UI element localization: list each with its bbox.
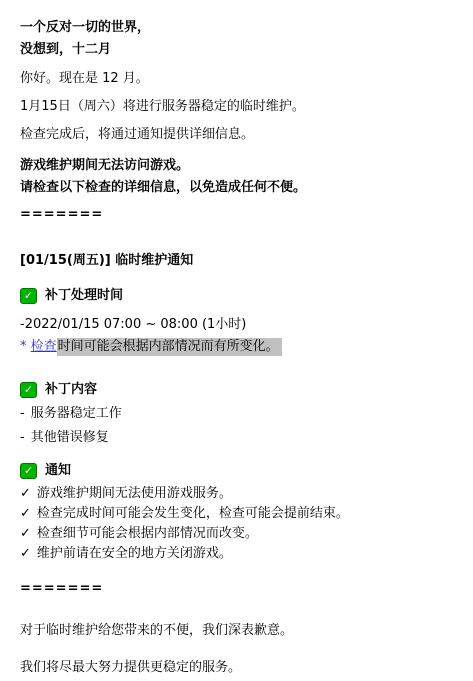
patch-time-value: -2022/01/15 07:00 ~ 08:00 (1小时) <box>20 318 459 332</box>
list-item-text: 其他错误修复 <box>31 430 109 445</box>
greeting-text: 你好。现在是 12 月。 <box>20 72 459 86</box>
checkmark-bullet: ✓ <box>20 487 31 501</box>
patch-time-note: * 检查 时间可能会根据内部情况而有所变化。 <box>20 338 459 355</box>
list-item-text: 检查细节可能会根据内部情况而改变。 <box>37 526 258 541</box>
check-link[interactable]: 检查 <box>31 340 57 354</box>
section-notice-header: ✓ 通知 <box>20 462 459 479</box>
list-item: ✓检查完成时间可能会发生变化，检查可能会提前结束。 <box>20 507 459 521</box>
section-patch-content-header: ✓ 补丁内容 <box>20 381 459 398</box>
divider-bottom: ======= <box>20 582 459 596</box>
promise-text: 我们将尽最大努力提供更稳定的服务。 <box>20 661 459 675</box>
list-item: -服务器稳定工作 <box>20 407 459 421</box>
followup-text: 检查完成后，将通过通知提供详细信息。 <box>20 128 459 142</box>
notice-title-line1: 一个反对一切的世界， <box>20 20 459 35</box>
checkmark-bullet: ✓ <box>20 527 31 541</box>
dash-bullet: - <box>20 431 25 445</box>
warning-line2: 请检查以下检查的详细信息，以免造成任何不便。 <box>20 180 459 195</box>
dash-bullet: - <box>20 407 25 421</box>
divider-top: ======= <box>20 208 459 222</box>
list-item-text: 服务器稳定工作 <box>31 406 122 421</box>
maintenance-notice-page: 一个反对一切的世界， 没想到，十二月 你好。现在是 12 月。 1月15日（周六… <box>0 0 473 681</box>
green-checkbox-icon: ✓ <box>20 463 37 479</box>
apology-text: 对于临时维护给您带来的不便，我们深表歉意。 <box>20 624 459 638</box>
list-item-text: 检查完成时间可能会发生变化，检查可能会提前结束。 <box>37 506 349 521</box>
notice-title-line2: 没想到，十二月 <box>20 42 459 57</box>
note-asterisk: * <box>20 340 31 354</box>
notice-heading: [01/15(周五)] 临时维护通知 <box>20 253 459 268</box>
warning-line1: 游戏维护期间无法访问游戏。 <box>20 158 459 173</box>
section-patch-time-title: 补丁处理时间 <box>45 287 123 304</box>
highlighted-note-text: 时间可能会根据内部情况而有所变化。 <box>57 338 282 356</box>
section-notice-title: 通知 <box>45 462 71 479</box>
list-item: ✓检查细节可能会根据内部情况而改变。 <box>20 527 459 541</box>
checkmark-bullet: ✓ <box>20 547 31 561</box>
list-item-text: 游戏维护期间无法使用游戏服务。 <box>37 486 232 501</box>
list-item-text: 维护前请在安全的地方关闭游戏。 <box>37 546 232 561</box>
checkmark-bullet: ✓ <box>20 507 31 521</box>
list-item: -其他错误修复 <box>20 431 459 445</box>
list-item: ✓维护前请在安全的地方关闭游戏。 <box>20 547 459 561</box>
section-patch-content-title: 补丁内容 <box>45 381 97 398</box>
maintenance-announce-text: 1月15日（周六）将进行服务器稳定的临时维护。 <box>20 100 459 114</box>
list-item: ✓游戏维护期间无法使用游戏服务。 <box>20 487 459 501</box>
section-patch-time-header: ✓ 补丁处理时间 <box>20 287 459 304</box>
green-checkbox-icon: ✓ <box>20 288 37 304</box>
green-checkbox-icon: ✓ <box>20 382 37 398</box>
